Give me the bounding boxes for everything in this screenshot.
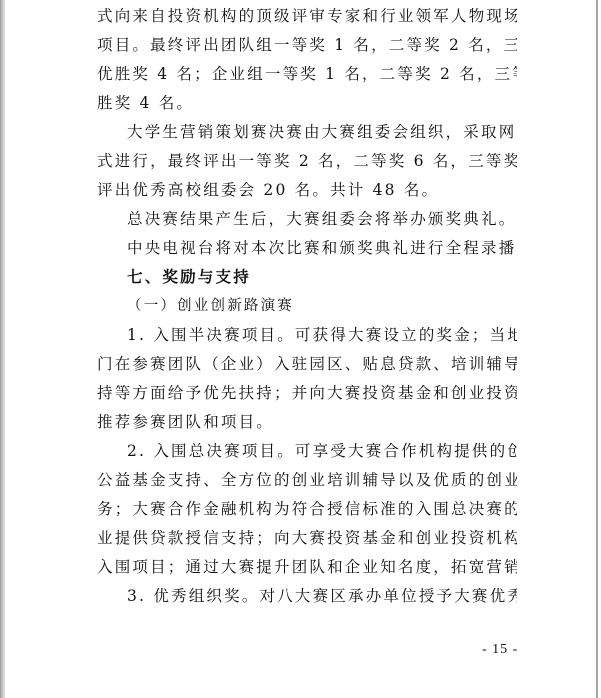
text-line: 优胜奖 4 名；企业组一等奖 1 名，二等奖 2 名，三等奖 3 名，优 [97,60,517,89]
paragraph-start-line: 3. 优秀组织奖。对八大赛区承办单位授予大赛优秀组织单 [97,582,517,611]
section-heading: 七、奖励与支持 [97,263,517,292]
text-line: 项目。最终评出团队组一等奖 1 名，二等奖 2 名，三等奖 3 名， [97,31,517,60]
paragraph-start-line: 总决赛结果产生后，大赛组委会将举办颁奖典礼。 [97,205,517,234]
paragraph-start-line: 大学生营销策划赛决赛由大赛组委会组织，采取网络评审方 [97,118,517,147]
text-line: 务；大赛合作金融机构为符合授信标准的入围总决赛的团队和企 [97,495,517,524]
paragraph-start-line: 中央电视台将对本次比赛和颁奖典礼进行全程录播。 [97,234,517,263]
text-line: 公益基金支持、全方位的创业培训辅导以及优质的创业孵化服 [97,466,517,495]
document-page: 式向来自投资机构的顶级评审专家和行业领军人物现场展示参赛 项目。最终评出团队组一… [97,2,517,611]
text-line: 持等方面给予优先扶持；并向大赛投资基金和创业投资机构优先 [97,379,517,408]
text-line: 胜奖 4 名。 [97,89,517,118]
page-left-shadow [0,0,5,698]
text-line: 入围项目；通过大赛提升团队和企业知名度，拓宽营销渠道。 [97,553,517,582]
paragraph-start-line: 1. 入围半决赛项目。可获得大赛设立的奖金；当地人社部 [97,321,517,350]
page-number: - 15 - [482,642,518,658]
text-line: 评出优秀高校组委会 20 名。共计 48 名。 [97,176,517,205]
text-line: 式进行，最终评出一等奖 2 名，二等奖 6 名，三等奖 20 名。另 [97,147,517,176]
text-line: 门在参赛团队（企业）入驻园区、贴息贷款、培训辅导、资金扶 [97,350,517,379]
text-line: 式向来自投资机构的顶级评审专家和行业领军人物现场展示参赛 [97,2,517,31]
paragraph-start-line: 2. 入围总决赛项目。可享受大赛合作机构提供的创业创新 [97,437,517,466]
text-line: 推荐参赛团队和项目。 [97,408,517,437]
subsection-heading: （一）创业创新路演赛 [97,292,517,321]
text-line: 业提供贷款授信支持；向大赛投资基金和创业投资机构优先推荐 [97,524,517,553]
